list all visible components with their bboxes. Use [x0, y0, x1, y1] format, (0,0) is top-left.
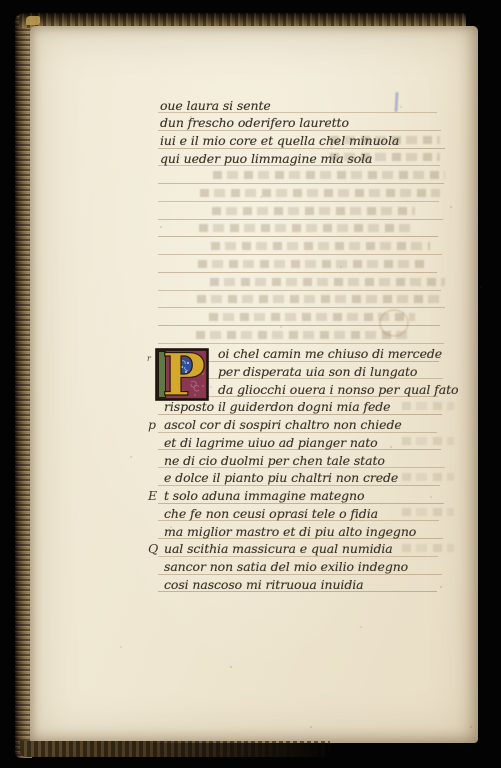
manuscript-line: oi chel camin me chiuso di mercede — [218, 347, 442, 361]
bleed-through-text — [402, 508, 454, 516]
manuscript-line: e dolce il pianto piu chaltri non crede — [164, 471, 398, 485]
margin-initial: Q — [148, 542, 164, 556]
bleed-through-text — [211, 242, 430, 250]
manuscript-line: sancor non satia del mio exilio indegno — [164, 560, 408, 574]
manuscript-line: per disperata uia son di lungato — [218, 365, 417, 379]
bleed-through-text — [197, 295, 440, 303]
illuminated-initial-icon: P — [155, 348, 209, 401]
guide-letter: r — [147, 354, 151, 363]
ruling-line — [158, 343, 444, 344]
manuscript-line: ascol cor di sospiri chaltro non chiede — [164, 418, 402, 432]
manuscript-line: et di lagrime uiuo ad pianger nato — [164, 436, 378, 450]
ruling-line — [158, 236, 438, 237]
bleed-through-text — [213, 171, 445, 179]
manuscript-line: che fe non ceusi oprasi tele o fidia — [164, 507, 378, 521]
ruling-line — [158, 290, 441, 291]
manuscript-line: dun frescho oderifero lauretto — [160, 116, 349, 130]
manuscript-line: ma miglior mastro et di piu alto ingegno — [164, 525, 416, 539]
book-leaf-edges-bottom — [20, 741, 330, 757]
manuscript-line: cosi nascoso mi ritruoua inuidia — [164, 578, 363, 592]
manuscript-line: t solo aduna immagine mategno — [164, 489, 364, 503]
bleed-through-text — [402, 473, 454, 481]
bleed-through-text — [196, 331, 410, 339]
margin-initial: E — [148, 489, 164, 503]
ruling-line — [158, 219, 443, 220]
bleed-through-text — [200, 189, 440, 197]
manuscript-line: oue laura si sente — [160, 99, 271, 113]
page-corner-dogear — [26, 16, 40, 25]
bleed-through-text — [198, 260, 425, 268]
manuscript-line: ne di cio duolmi per chen tale stato — [164, 454, 385, 468]
manuscript-line: da gliocchi ouera i nonso per qual fato — [218, 383, 458, 397]
paper-speckles — [30, 26, 32, 28]
bleed-through-text — [199, 224, 410, 232]
bleed-through-text — [210, 278, 445, 286]
ruling-line — [158, 307, 445, 308]
bleed-through-text — [402, 437, 454, 445]
manuscript-line: iui e il mio core et quella chel minuola — [160, 134, 399, 148]
bleed-through-text — [402, 544, 454, 552]
bleed-through-text — [402, 402, 454, 410]
ruling-line — [158, 254, 442, 255]
bleed-through-text — [212, 207, 415, 215]
ruling-line — [158, 272, 437, 273]
margin-initial: p — [148, 418, 164, 432]
stain-ring — [379, 309, 409, 337]
manuscript-line: risposto il guiderdon dogni mia fede — [164, 400, 390, 414]
ruling-line — [158, 183, 444, 184]
illuminated-letter: P — [162, 348, 206, 401]
ruling-line — [158, 201, 439, 202]
manuscript-line: ual scithia massicura e qual numidia — [164, 542, 393, 556]
manuscript-line: qui ueder puo limmagine mia sola — [160, 152, 372, 166]
